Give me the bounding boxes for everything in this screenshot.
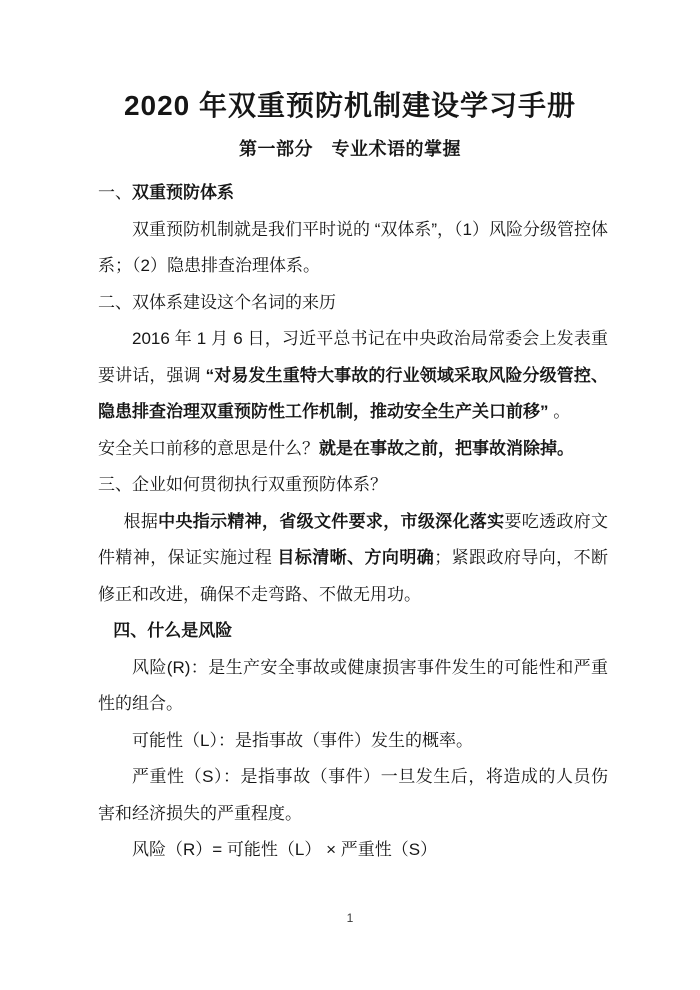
risk-formula-paragraph: 风险（R）= 可能性（L） × 严重性（S） — [98, 832, 608, 869]
severity-definition-paragraph: 严重性（S）：是指事故（事件）一旦发生后，将造成的人员伤害和经济损失的严重程度。 — [98, 759, 608, 832]
section-3-paragraph: 根据中央指示精神，省级文件要求，市级深化落实要吃透政府文件精神，保证实施过程 目… — [98, 504, 608, 614]
section-3-heading: 三、企业如何贯彻执行双重预防体系？ — [98, 467, 608, 504]
text-run: 安全关口前移的意思是什么？ — [98, 439, 319, 458]
document-page: 2020 年双重预防机制建设学习手册 第一部分 专业术语的掌握 一、双重预防体系… — [0, 0, 700, 990]
section-2-paragraph-1: 2016 年 1 月 6 日，习近平总书记在中央政治局常委会上发表重要讲话，强调… — [98, 321, 608, 431]
page-number: 1 — [0, 908, 700, 928]
document-body: 一、双重预防体系 双重预防机制就是我们平时说的 “双体系”，（1）风险分级管控体… — [0, 162, 700, 869]
section-1-paragraph: 双重预防机制就是我们平时说的 “双体系”，（1）风险分级管控体系；（2）隐患排查… — [98, 212, 608, 285]
risk-definition-paragraph: 风险(R)：是生产安全事故或健康损害事件发生的可能性和严重性的组合。 — [98, 650, 608, 723]
document-title: 2020 年双重预防机制建设学习手册 — [0, 0, 700, 126]
emphasized-text: 中央指示精神，省级文件要求，市级深化落实 — [158, 512, 504, 531]
emphasized-text: 就是在事故之前，把事故消除掉。 — [319, 439, 574, 458]
section-2-paragraph-2: 安全关口前移的意思是什么？就是在事故之前，把事故消除掉。 — [98, 431, 608, 468]
likelihood-definition-paragraph: 可能性（L）：是指事故（事件）发生的概率。 — [98, 723, 608, 760]
section-1-heading: 一、双重预防体系 — [98, 175, 608, 212]
section-1-number: 一、 — [98, 183, 132, 202]
section-4-heading: 四、什么是风险 — [98, 613, 608, 650]
text-run: 。 — [549, 402, 571, 421]
section-1-title: 双重预防体系 — [132, 183, 234, 202]
text-run: 根据 — [124, 512, 159, 531]
document-subtitle: 第一部分 专业术语的掌握 — [0, 136, 700, 162]
section-2-heading: 二、双体系建设这个名词的来历 — [98, 285, 608, 322]
emphasized-text: 目标清晰、方向明确 — [277, 548, 434, 567]
